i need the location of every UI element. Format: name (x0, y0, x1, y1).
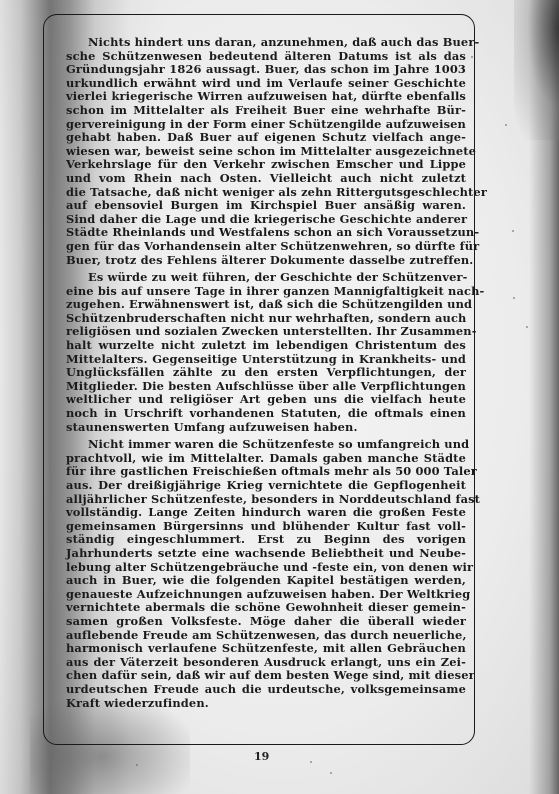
scan-speck (310, 761, 312, 763)
text-line: urkundlich erwähnt wird und im Verlaufe … (66, 77, 466, 91)
text-line: aus. Der dreißigjährige Krieg vernichtet… (66, 479, 466, 493)
text-line: vollständig. Lange Zeiten hindurch waren… (66, 506, 466, 520)
text-line: urdeutschen Freude auch die urdeutsche, … (66, 683, 466, 697)
text-line: und vom Rhein nach Osten. Vielleicht auc… (66, 172, 466, 186)
text-line: Nicht immer waren die Schützenfeste so u… (66, 438, 466, 452)
text-line: zugehen. Erwähnenswert ist, daß sich die… (66, 298, 466, 312)
text-line: Gründungsjahr 1826 aussagt. Buer, das sc… (66, 63, 466, 77)
paragraph-3: Nicht immer waren die Schützenfeste so u… (66, 438, 466, 710)
text-line: weltlicher und religiöser Art geben uns … (66, 393, 466, 407)
text-line: noch in Urschrift vorhandenen Statuten, … (66, 407, 466, 421)
text-line: Kraft wiederzufinden. (66, 697, 466, 711)
text-line: wiesen war, beweist seine schon im Mitte… (66, 145, 466, 159)
text-line: auch in Buer, wie die folgenden Kapitel … (66, 574, 466, 588)
scan-speck (526, 326, 528, 328)
text-line: Sind daher die Lage und die kriegerische… (66, 213, 466, 227)
text-line: Jahrhunderts setzte eine wachsende Belie… (66, 547, 466, 561)
text-line: Verkehrslage für den Verkehr zwischen Em… (66, 158, 466, 172)
text-line: aus der Väterzeit besonderen Ausdruck er… (66, 656, 466, 670)
text-line: gemeinsamen Bürgersinns und blühender Ku… (66, 520, 466, 534)
text-line: alljährlicher Schützenfeste, besonders i… (66, 493, 466, 507)
text-line: auflebende Freude am Schützenwesen, das … (66, 629, 466, 643)
right-edge-shadow-top (514, 0, 559, 140)
right-edge-shadow (529, 0, 559, 794)
page-number: 19 (254, 750, 269, 763)
text-line: Es würde zu weit führen, der Geschichte … (66, 271, 466, 285)
paragraph-1: Nichts hindert uns daran, anzunehmen, da… (66, 36, 466, 267)
text-line: gen für das Vorhandensein alter Schützen… (66, 240, 466, 254)
scan-speck (513, 297, 515, 299)
scan-speck (512, 230, 514, 232)
paragraph-2: Es würde zu weit führen, der Geschichte … (66, 271, 466, 434)
text-line: Mitglieder. Die besten Aufschlüsse über … (66, 380, 466, 394)
text-line: Unglücksfällen zählte zu den ersten Verp… (66, 366, 466, 380)
text-line: auf ebensoviel Burgen im Kirchspiel Buer… (66, 199, 466, 213)
text-line: Schützenbruderschaften nicht nur wehrhaf… (66, 312, 466, 326)
text-line: Nichts hindert uns daran, anzunehmen, da… (66, 36, 466, 50)
text-line: lebung alter Schützengebräuche und -fest… (66, 561, 466, 575)
text-line: für ihre gastlichen Freischießen oftmals… (66, 465, 466, 479)
text-line: die Tatsache, daß nicht weniger als zehn… (66, 186, 466, 200)
scan-speck (330, 772, 332, 774)
scan-speck (505, 124, 507, 126)
text-line: Städte Rheinlands und Westfalens schon a… (66, 226, 466, 240)
scan-speck (136, 764, 138, 766)
text-line: samen großen Volksfeste. Möge daher die … (66, 615, 466, 629)
text-line: gervereinigung in der Form einer Schütze… (66, 118, 466, 132)
text-line: chen dafür sein, daß wir auf dem besten … (66, 669, 466, 683)
scan-speck (471, 56, 473, 58)
text-line: eine bis auf unsere Tage in ihrer ganzen… (66, 285, 466, 299)
text-line: religiösen und sozialen Zwecken unterste… (66, 325, 466, 339)
text-line: prachtvoll, wie im Mittelalter. Damals g… (66, 452, 466, 466)
text-line: gehabt haben. Daß Buer auf eigenen Schut… (66, 131, 466, 145)
text-line: Buer, trotz des Fehlens älterer Dokument… (66, 254, 466, 268)
text-line: vernichtete abermals die schöne Gewohnhe… (66, 601, 466, 615)
text-line: harmonisch verlaufene Schützenfeste, mit… (66, 642, 466, 656)
scanned-page: Nichts hindert uns daran, anzunehmen, da… (0, 0, 559, 794)
text-line: halt wurzelte nicht zuletzt im lebendige… (66, 339, 466, 353)
text-line: sche Schützenwesen bedeutend älteren Dat… (66, 50, 466, 64)
text-line: staunenswerten Umfang aufzuweisen haben. (66, 421, 466, 435)
text-line: Mittelalters. Gegenseitige Unterstützung… (66, 353, 466, 367)
text-line: schon im Mittelalter als Freiheit Buer e… (66, 104, 466, 118)
text-line: genaueste Aufzeichnungen aufzuweisen hab… (66, 588, 466, 602)
text-line: vierlei kriegerische Wirren aufzuweisen … (66, 90, 466, 104)
body-text: Nichts hindert uns daran, anzunehmen, da… (66, 36, 466, 714)
text-line: ständig eingeschlummert. Erst zu Beginn … (66, 533, 466, 547)
